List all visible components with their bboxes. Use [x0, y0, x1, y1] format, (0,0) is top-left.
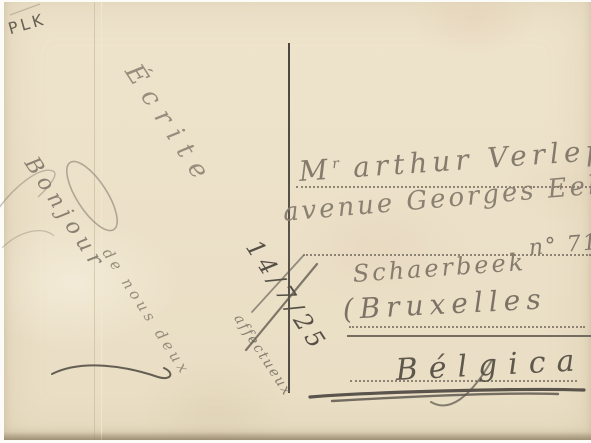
recipient-title: M: [298, 153, 334, 188]
postcard-scan: PLK Mr arthur Verlep avenue Georges Eekh…: [0, 0, 591, 443]
paper-crease-highlight: [101, 2, 102, 440]
address-dotted-rule-3: [349, 326, 585, 328]
address-solid-rule: [347, 335, 591, 337]
address-line-number: n° 71: [528, 232, 591, 260]
paper-bottom-shadow: [4, 432, 591, 440]
